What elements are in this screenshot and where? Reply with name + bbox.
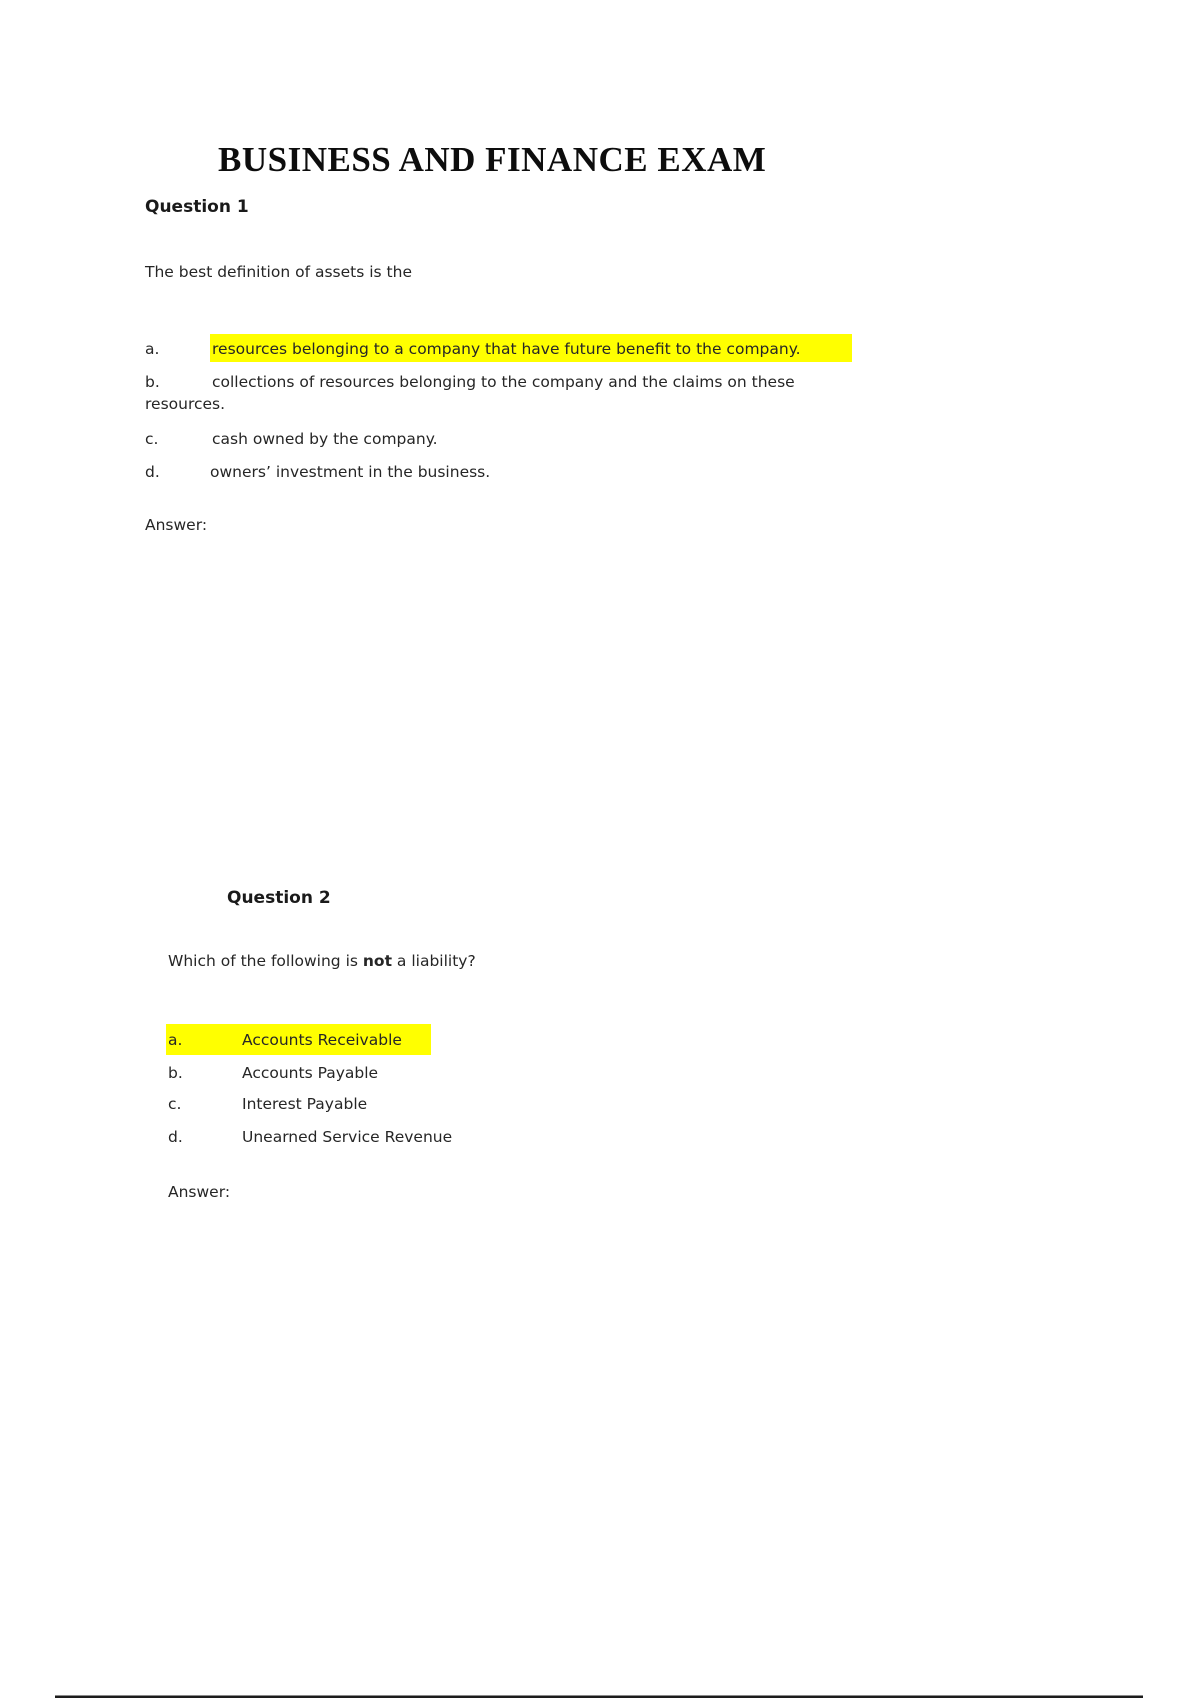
question-2-heading: Question 2: [227, 888, 331, 908]
page-bottom-rule: [55, 1695, 1143, 1698]
q2-option-c-label: c.: [168, 1093, 181, 1115]
q2-option-a-label: a.: [168, 1029, 182, 1051]
question-1-prompt: The best definition of assets is the: [145, 261, 412, 283]
q1-option-d-label: d.: [145, 461, 160, 483]
q1-option-a-label: a.: [145, 338, 159, 360]
q2-option-d-text: Unearned Service Revenue: [242, 1126, 452, 1148]
q1-answer-label: Answer:: [145, 514, 207, 536]
q2-prompt-bold-word: not: [363, 952, 392, 970]
exam-page: BUSINESS AND FINANCE EXAM Question 1 The…: [0, 0, 1200, 1700]
q2-option-c-text: Interest Payable: [242, 1093, 367, 1115]
q2-prompt-prefix: Which of the following is: [168, 952, 363, 970]
q2-answer-label: Answer:: [168, 1181, 230, 1203]
document-title: BUSINESS AND FINANCE EXAM: [218, 140, 766, 180]
q1-option-c-label: c.: [145, 428, 158, 450]
q1-option-b-text: collections of resources belonging to th…: [145, 371, 852, 415]
q1-option-d-text: owners’ investment in the business.: [210, 461, 490, 483]
q1-option-c-text: cash owned by the company.: [212, 428, 438, 450]
q2-option-a-text: Accounts Receivable: [242, 1029, 402, 1051]
question-2-prompt: Which of the following is not a liabilit…: [168, 950, 476, 972]
question-1-heading: Question 1: [145, 197, 249, 217]
q2-option-d-label: d.: [168, 1126, 183, 1148]
q1-option-a-text: resources belonging to a company that ha…: [212, 338, 801, 360]
q2-option-b-text: Accounts Payable: [242, 1062, 378, 1084]
q2-option-b-label: b.: [168, 1062, 183, 1084]
q2-prompt-suffix: a liability?: [392, 952, 476, 970]
